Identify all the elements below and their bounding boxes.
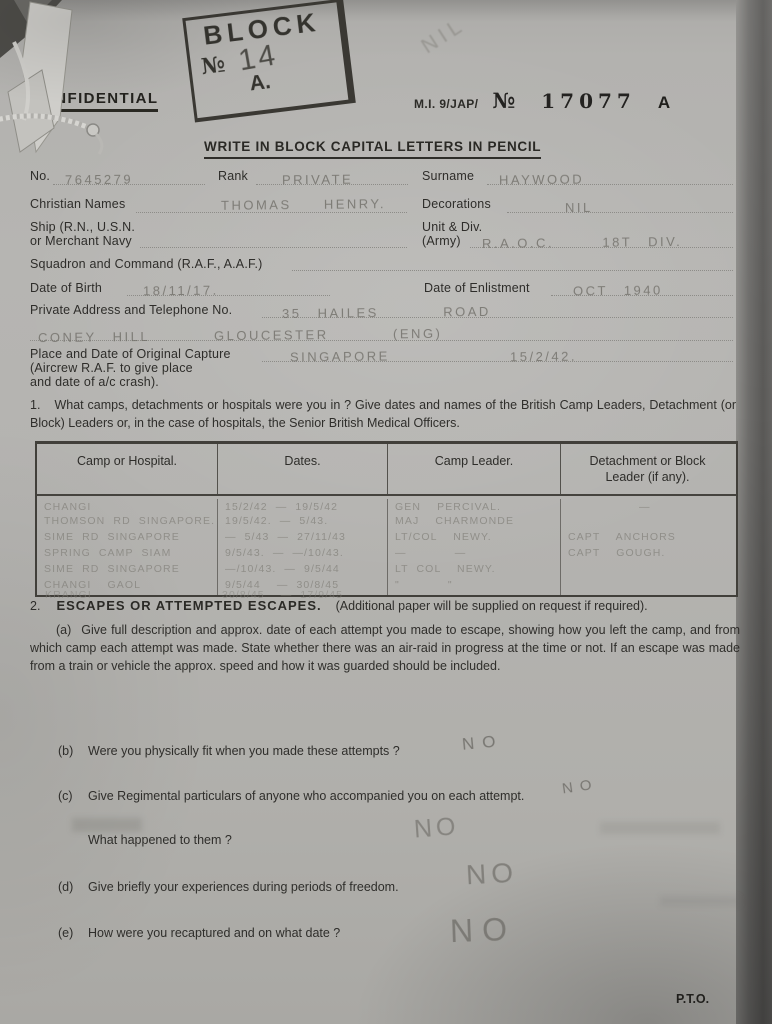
field-label-date-of-enlistment: Date of Enlistment bbox=[424, 281, 530, 295]
pow-questionnaire-scan: BLOCK № 14 A. NIL CONFIDENTIAL M.I. 9/JA… bbox=[0, 0, 772, 1024]
field-value-capture-place: SINGAPORE bbox=[290, 348, 390, 364]
ref-number: 17077 bbox=[541, 89, 636, 113]
question-2b: (b) Were you physically fit when you mad… bbox=[58, 744, 618, 758]
ref-suffix-letter: A bbox=[658, 93, 670, 113]
stamp-block-number: 14 bbox=[236, 38, 281, 78]
field-value-address-1: 35 HAILES ROAD bbox=[282, 304, 491, 321]
field-label-address: Private Address and Telephone No. bbox=[30, 303, 232, 317]
cell-camp: CHANGI bbox=[37, 499, 217, 515]
question-2a: (a)Give full description and approx. dat… bbox=[30, 622, 740, 675]
question-2e: (e) How were you recaptured and on what … bbox=[58, 926, 618, 940]
cell-camp: THOMSON RD SINGAPORE. bbox=[37, 515, 217, 531]
question-1-text: What camps, detachments or hospitals wer… bbox=[30, 398, 736, 430]
question-2d: (d) Give briefly your experiences during… bbox=[58, 880, 618, 894]
question-2-number: 2. bbox=[30, 599, 40, 613]
block-number-stamp: BLOCK № 14 A. bbox=[182, 0, 356, 122]
field-label-squadron: Squadron and Command (R.A.F., A.A.F.) bbox=[30, 257, 263, 271]
table-row: SIME RD SINGAPORE —/10/43. — 9/5/44 LT C… bbox=[37, 563, 736, 579]
cell-camp: SIME RD SINGAPORE bbox=[37, 563, 217, 579]
col-header-camp: Camp or Hospital. bbox=[37, 444, 217, 494]
question-2c-follow-up-text: What happened to them ? bbox=[88, 833, 232, 847]
cell-dates: 9/5/43. — —/10/43. bbox=[217, 547, 387, 563]
field-value-decorations: NIL bbox=[565, 200, 593, 215]
field-value-unit-div: R.A.O.C. 18T DIV. bbox=[482, 234, 682, 251]
torn-corner-and-string bbox=[0, 0, 150, 230]
cell-detachment: CAPT ANCHORS bbox=[560, 531, 734, 547]
question-2c-label: (c) bbox=[58, 789, 88, 803]
field-line-address-1: 35 HAILES ROAD bbox=[262, 297, 733, 318]
cell-detachment: CAPT GOUGH. bbox=[560, 547, 734, 563]
cell-dates: — 5/43 — 27/11/43 bbox=[217, 531, 387, 547]
question-2d-label: (d) bbox=[58, 880, 88, 894]
question-2b-label: (b) bbox=[58, 744, 88, 758]
camps-table-header: Camp or Hospital. Dates. Camp Leader. De… bbox=[37, 444, 736, 496]
col-header-dates: Dates. bbox=[217, 444, 387, 494]
field-label-ship-2: or Merchant Navy bbox=[30, 234, 132, 248]
answer-2d: NO bbox=[465, 857, 519, 892]
cell-leader: MAJ CHARMONDE bbox=[387, 515, 560, 531]
cell-dates: —/10/43. — 9/5/44 bbox=[217, 563, 387, 579]
field-line-date-of-enlistment: OCT 1940 bbox=[551, 275, 733, 296]
field-line-date-of-birth: 18/11/17. bbox=[127, 275, 330, 296]
answer-2b: NO bbox=[461, 731, 504, 755]
field-value-date-of-birth: 18/11/17. bbox=[143, 283, 219, 299]
string-tail bbox=[96, 134, 102, 154]
answer-2e: NO bbox=[449, 911, 516, 950]
field-label-date-of-birth: Date of Birth bbox=[30, 281, 102, 295]
field-label-surname: Surname bbox=[422, 169, 474, 183]
question-2-title: ESCAPES OR ATTEMPTED ESCAPES. bbox=[56, 598, 321, 613]
cell-camp: SIME RD SINGAPORE bbox=[37, 531, 217, 547]
field-line-surname: HAYWOOD bbox=[487, 164, 733, 185]
answer-2c-follow-up: NO bbox=[413, 812, 460, 844]
page-edge-shadow bbox=[736, 0, 772, 1024]
pencil-smudge bbox=[72, 818, 142, 832]
form-instruction-heading: WRITE IN BLOCK CAPITAL LETTERS IN PENCIL bbox=[204, 139, 541, 159]
field-line-ship bbox=[140, 227, 407, 248]
question-2-heading: 2. ESCAPES OR ATTEMPTED ESCAPES. (Additi… bbox=[30, 598, 648, 613]
pencil-smudge bbox=[600, 822, 720, 834]
question-1: 1.What camps, detachments or hospitals w… bbox=[30, 397, 736, 433]
col-header-detachment: Detachment or Block Leader (if any). bbox=[560, 444, 734, 494]
field-value-capture-date: 15/2/42. bbox=[510, 349, 577, 365]
camps-table: Camp or Hospital. Dates. Camp Leader. De… bbox=[35, 441, 738, 597]
field-label-capture-2: (Aircrew R.A.F. to give place bbox=[30, 361, 193, 375]
field-label-capture-3: and date of a/c crash). bbox=[30, 375, 159, 389]
field-label-unit-div-2: (Army) bbox=[422, 234, 461, 248]
file-reference: M.I. 9/JAP/ № 17077 A bbox=[414, 88, 670, 113]
field-line-decorations: NIL bbox=[507, 192, 733, 213]
cell-detachment bbox=[560, 579, 734, 595]
field-line-address-2: CONEY HILL GLOUCESTER (ENG) bbox=[30, 320, 733, 341]
table-row: SPRING CAMP SIAM 9/5/43. — —/10/43. — — … bbox=[37, 547, 736, 563]
cell-detachment bbox=[560, 563, 734, 579]
table-row: SIME RD SINGAPORE — 5/43 — 27/11/43 LT/C… bbox=[37, 531, 736, 547]
cell-dates: 15/2/42 — 19/5/42 bbox=[217, 499, 387, 515]
question-2d-text: Give briefly your experiences during per… bbox=[88, 880, 399, 894]
ref-no-sign: № bbox=[492, 88, 515, 113]
field-label-decorations: Decorations bbox=[422, 197, 491, 211]
field-line-christian-names: THOMAS HENRY. bbox=[136, 192, 407, 213]
question-1-number: 1. bbox=[30, 398, 40, 412]
cell-leader: LT/COL NEWY. bbox=[387, 531, 560, 547]
cell-detachment: — bbox=[560, 499, 734, 515]
field-line-squadron bbox=[292, 250, 733, 271]
cell-leader: LT COL NEWY. bbox=[387, 563, 560, 579]
field-line-unit-div: R.A.O.C. 18T DIV. bbox=[470, 227, 733, 248]
question-2a-label: (a) bbox=[56, 623, 71, 637]
pencil-smudge bbox=[660, 896, 740, 906]
field-value-rank: PRIVATE bbox=[282, 172, 353, 188]
field-label-capture-1: Place and Date of Original Capture bbox=[30, 347, 231, 361]
field-value-christian-names: THOMAS HENRY. bbox=[221, 196, 386, 213]
cell-camp: SPRING CAMP SIAM bbox=[37, 547, 217, 563]
question-2c-text: Give Regimental particulars of anyone wh… bbox=[88, 789, 524, 803]
stamp-no-sign: № bbox=[200, 51, 227, 80]
question-2b-text: Were you physically fit when you made th… bbox=[88, 744, 400, 758]
camps-table-body: CHANGI 15/2/42 — 19/5/42 GEN PERCIVAL. —… bbox=[37, 496, 736, 595]
ref-prefix: M.I. 9/JAP/ bbox=[414, 97, 478, 111]
field-value-surname: HAYWOOD bbox=[499, 172, 584, 188]
col-header-leader: Camp Leader. bbox=[387, 444, 560, 494]
question-2e-label: (e) bbox=[58, 926, 88, 940]
cell-detachment bbox=[560, 515, 734, 531]
field-label-rank: Rank bbox=[218, 169, 248, 183]
field-line-capture: SINGAPORE 15/2/42. bbox=[262, 341, 733, 362]
cell-leader: — — bbox=[387, 547, 560, 563]
table-row: THOMSON RD SINGAPORE. 19/5/42. — 5/43. M… bbox=[37, 515, 736, 531]
field-line-rank: PRIVATE bbox=[256, 164, 408, 185]
question-2-note: (Additional paper will be supplied on re… bbox=[336, 599, 648, 613]
cell-dates: 19/5/42. — 5/43. bbox=[217, 515, 387, 531]
question-2a-text: Give full description and approx. date o… bbox=[30, 623, 740, 673]
table-row: CHANGI 15/2/42 — 19/5/42 GEN PERCIVAL. — bbox=[37, 499, 736, 515]
pto-marking: P.T.O. bbox=[676, 992, 709, 1006]
question-2e-text: How were you recaptured and on what date… bbox=[88, 926, 340, 940]
cell-leader: GEN PERCIVAL. bbox=[387, 499, 560, 515]
